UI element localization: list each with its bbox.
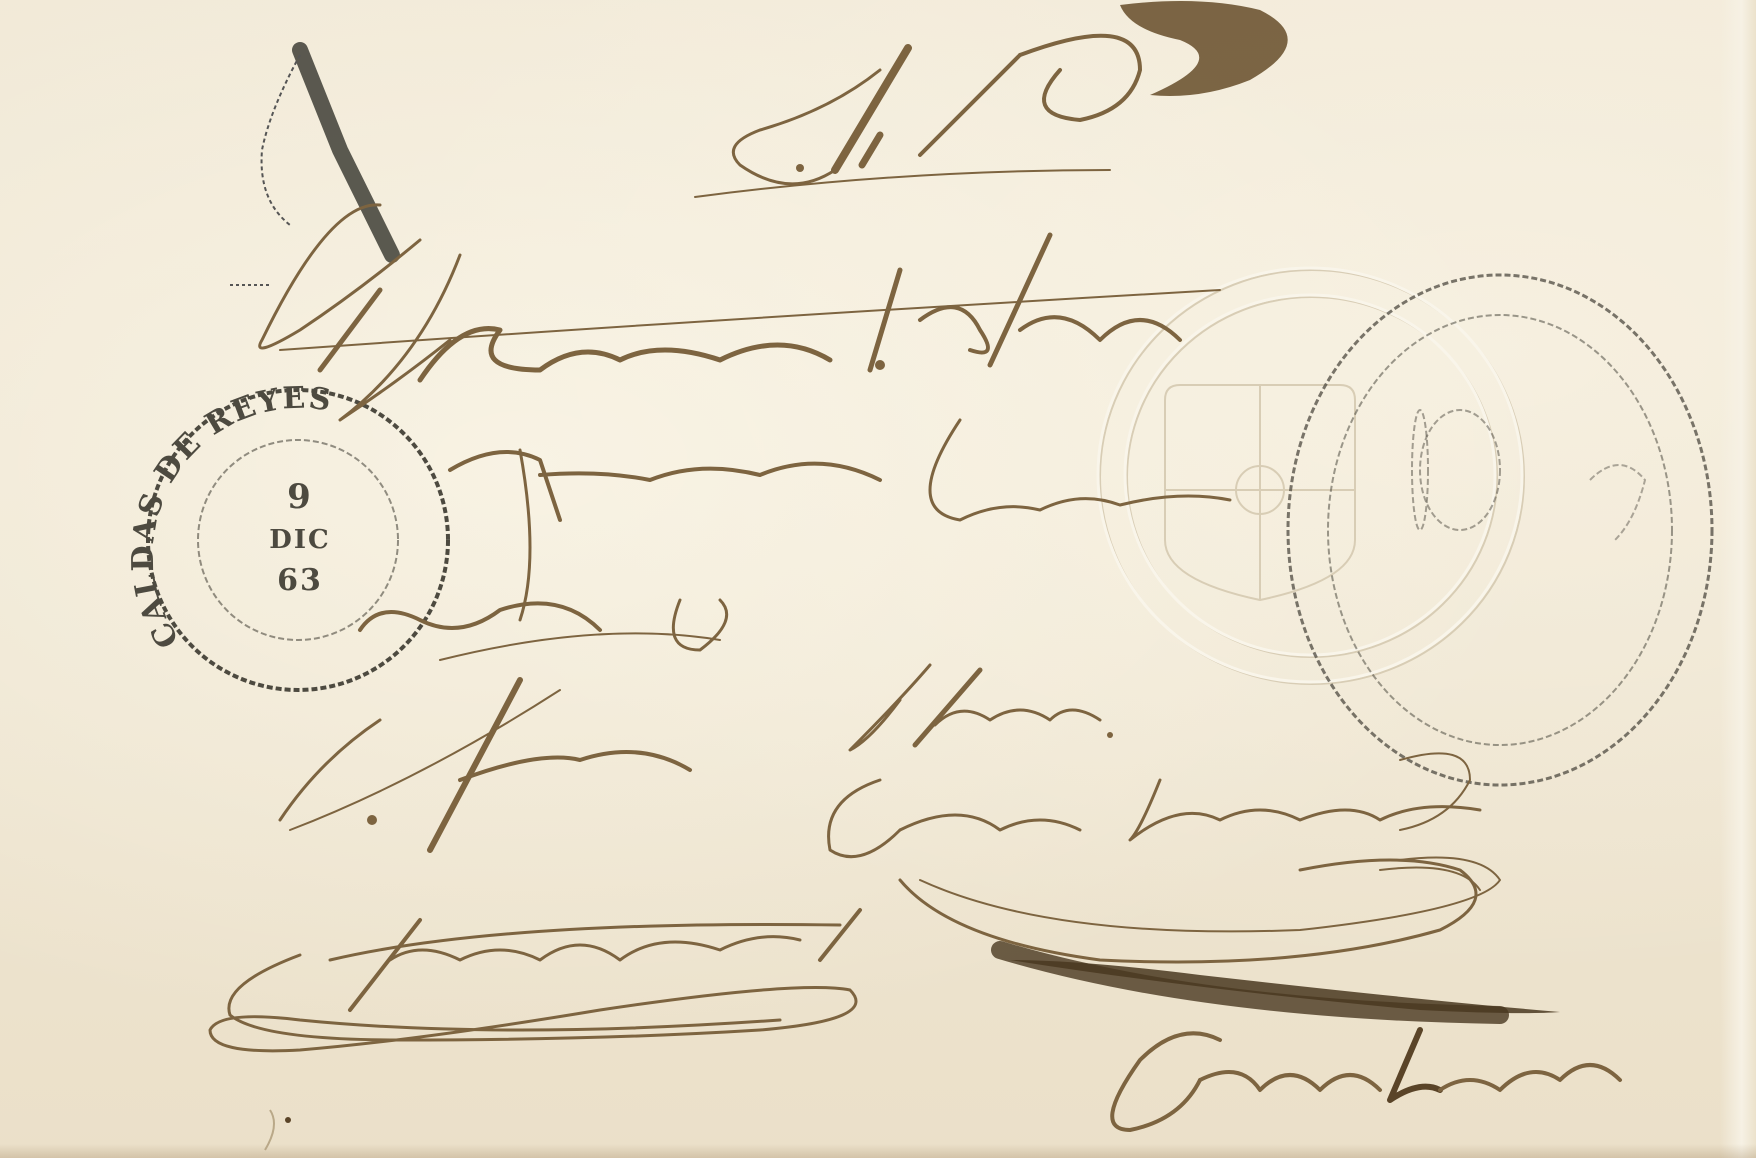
sender-name: [829, 753, 1480, 856]
address-line-2: [450, 420, 1230, 620]
locality: [1112, 1030, 1620, 1130]
ink-oval-seal: [1288, 275, 1712, 785]
embossed-seal: [1098, 268, 1524, 684]
postmark-month: DIC: [269, 525, 330, 555]
ink-dot: [285, 1117, 291, 1123]
postmark-town: CALDAS DE REYES: [126, 381, 335, 654]
rate-mark: [230, 50, 392, 285]
postmark-day: 9: [287, 477, 313, 517]
svg-text:CALDAS DE REYES: CALDAS DE REYES: [126, 381, 335, 654]
signature-flourish: [210, 910, 860, 1051]
flourish-right: [900, 858, 1560, 1016]
postmark: CALDAS DE REYES 9 DIC 63: [126, 381, 448, 690]
service-mark: [695, 1, 1288, 197]
sender-title: [850, 665, 1113, 750]
paper-crease: [265, 1110, 274, 1150]
postmark-year: 63: [277, 563, 323, 598]
address-line-1: [260, 205, 1220, 420]
address-line-3: [360, 600, 727, 660]
address-line-4: [280, 680, 690, 850]
document-markings: CALDAS DE REYES 9 DIC 63: [0, 0, 1756, 1158]
